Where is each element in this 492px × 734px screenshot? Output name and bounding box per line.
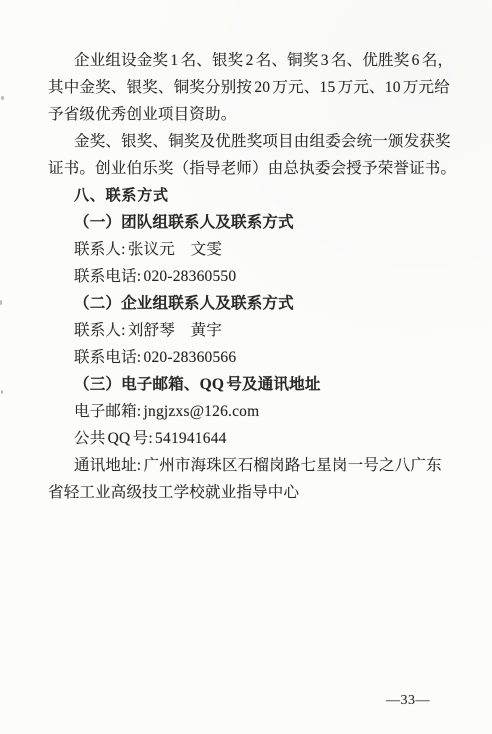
address-line: 省轻工业高级技工学校就业指导中心 bbox=[48, 479, 448, 506]
company-contact-phone-line: 联系电话: 020-28360566 bbox=[48, 344, 448, 371]
section-heading-contact: 八、联系方式 bbox=[48, 182, 448, 209]
team-contact-name-line: 联系人: 张议元 文雯 bbox=[48, 236, 448, 263]
paragraph-certificates-line: 证书。创业伯乐奖（指导老师）由总执委会授予荣誉证书。 bbox=[48, 155, 448, 182]
subsection-heading-team: （一）团队组联系人及联系方式 bbox=[48, 209, 448, 236]
qq-number-line: 公共 QQ 号: 541941644 bbox=[48, 425, 448, 452]
paragraph-certificates-line: 金奖、银奖、铜奖及优胜奖项目由组委会统一颁发获奖 bbox=[48, 128, 448, 155]
scan-speck bbox=[0, 300, 2, 305]
page-number: —33— bbox=[386, 693, 430, 709]
company-contact-name-line: 联系人: 刘舒琴 黄宇 bbox=[48, 317, 448, 344]
paragraph-awards-line: 企业组设金奖 1 名、银奖 2 名、铜奖 3 名、优胜奖 6 名， bbox=[48, 47, 448, 74]
email-line: 电子邮箱: jngjzxs@126.com bbox=[48, 398, 448, 425]
paragraph-awards-line: 其中金奖、银奖、铜奖分别按 20 万元、15 万元、10 万元给 bbox=[48, 74, 448, 101]
scan-speck bbox=[1, 390, 3, 394]
scan-speck bbox=[1, 96, 4, 100]
subsection-heading-comms: （三）电子邮箱、QQ 号及通讯地址 bbox=[48, 371, 448, 398]
document-body: 企业组设金奖 1 名、银奖 2 名、铜奖 3 名、优胜奖 6 名， 其中金奖、银… bbox=[48, 47, 448, 506]
subsection-heading-company: （二）企业组联系人及联系方式 bbox=[48, 290, 448, 317]
document-page: 企业组设金奖 1 名、银奖 2 名、铜奖 3 名、优胜奖 6 名， 其中金奖、银… bbox=[0, 0, 492, 734]
address-line: 通讯地址: 广州市海珠区石榴岗路七星岗一号之八广东 bbox=[48, 452, 448, 479]
team-contact-phone-line: 联系电话: 020-28360550 bbox=[48, 263, 448, 290]
paragraph-awards-line: 予省级优秀创业项目资助。 bbox=[48, 101, 448, 128]
